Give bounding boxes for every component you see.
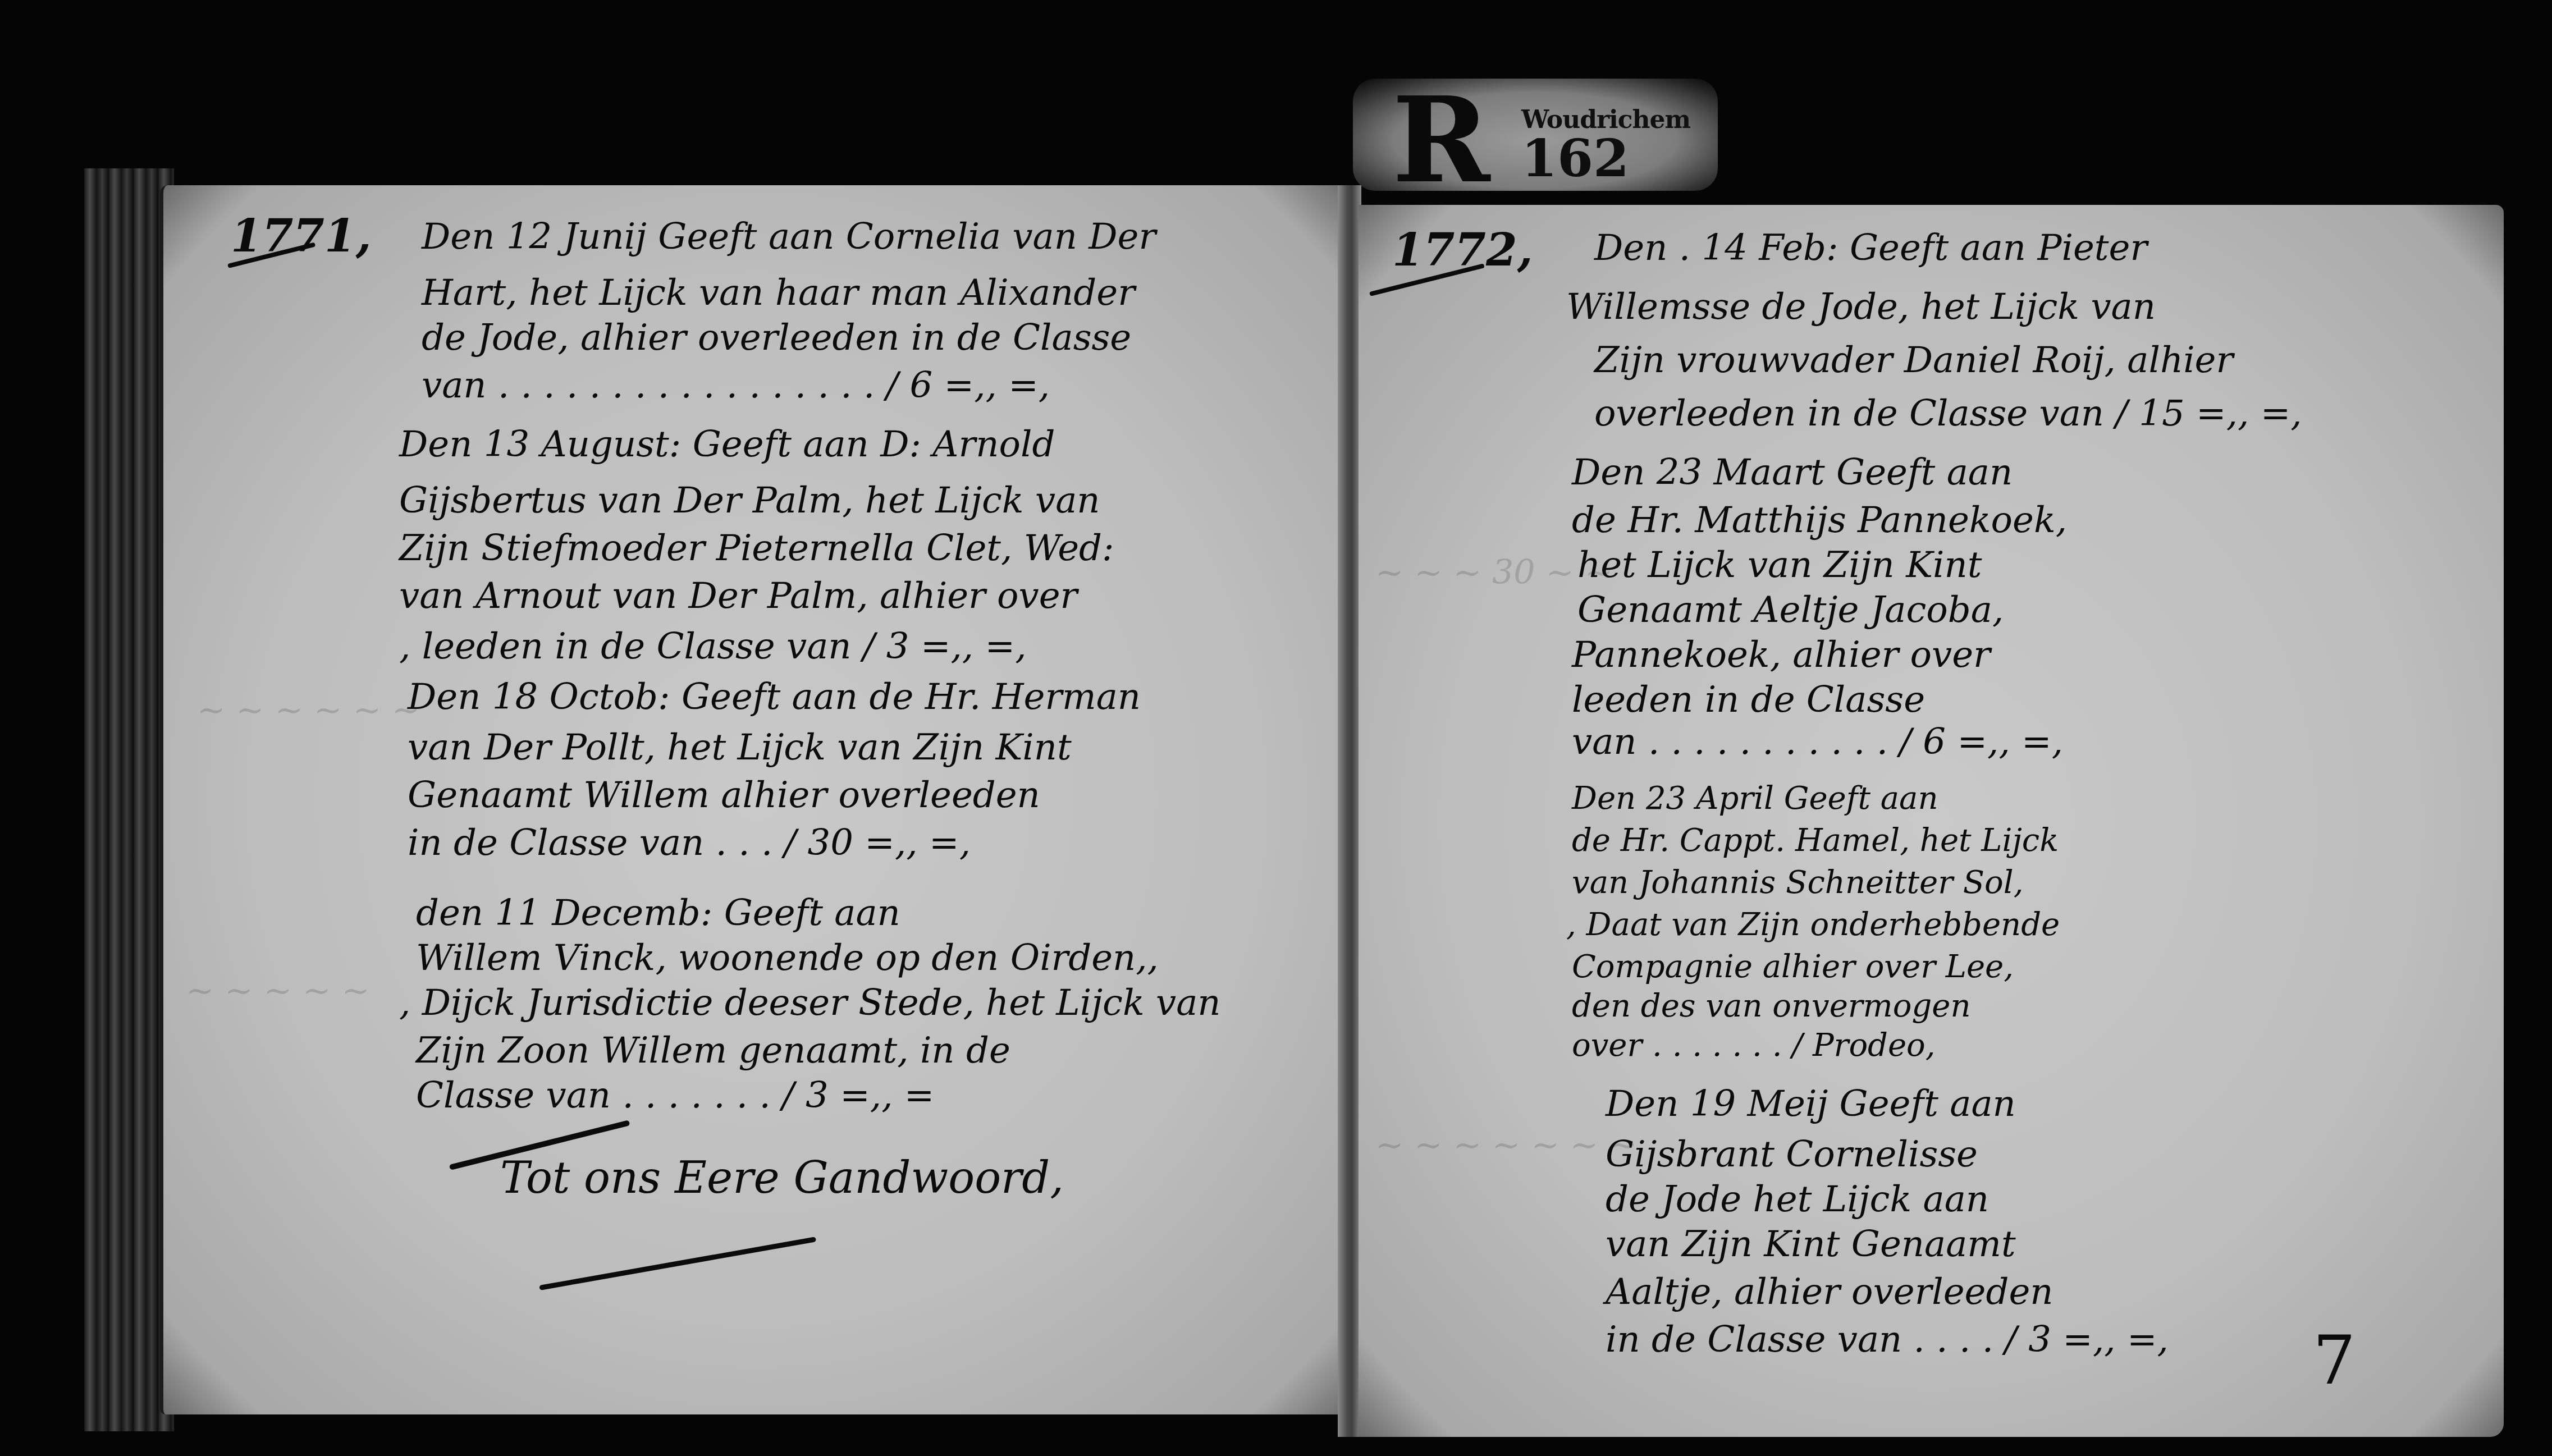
entry-line: , Daat van Zijn onderhebbende <box>1566 909 2060 941</box>
entry-line: het Lijck van Zijn Kint <box>1577 547 1982 583</box>
entry-line: Genaamt Willem alhier overleeden <box>408 777 1040 813</box>
entry-line: Gijsbertus van Der Palm, het Lijck van <box>399 483 1100 519</box>
entry-line: over . . . . . . . / Prodeo, <box>1572 1030 1936 1061</box>
left-page: ~ ~ ~ ~ ~ ~ ~ ~ ~ ~ ~ 1771, Den 12 Junij… <box>160 185 1351 1414</box>
entry-line: in de Classe van . . . . / 3 =,, =, <box>1606 1322 2169 1358</box>
right-page: ~ ~ ~ 30 ~ ~ ~ ~ ~ ~ ~ ~ ~ 1772, Den . 1… <box>1359 205 2504 1437</box>
entry-line: den des van onvermogen <box>1572 991 1970 1022</box>
signature-flourish <box>539 1237 816 1290</box>
year-heading: 1771, <box>231 213 372 258</box>
closing-signature: Tot ons Eere Gandwoord, <box>500 1156 1064 1200</box>
entry-line: Willemsse de Jode, het Lijck van <box>1566 289 2156 325</box>
folio-number: 7 <box>2313 1327 2356 1395</box>
entry-line: , Dijck Jurisdictie deeser Stede, het Li… <box>399 985 1221 1021</box>
entry-line: , leeden in de Classe van / 3 =,, =, <box>399 629 1027 665</box>
entry-line: van Johannis Schneitter Sol, <box>1572 867 2024 899</box>
entry-line: den 11 Decemb: Geeft aan <box>416 895 900 931</box>
entry-line: Classe van . . . . . . . / 3 =,, = <box>416 1078 934 1114</box>
entry-line: leeden in de Classe <box>1572 682 1925 718</box>
entry-line: Zijn Stiefmoeder Pieternella Clet, Wed: <box>399 530 1114 566</box>
entry-line: de Hr. Matthijs Pannekoek, <box>1572 502 2067 538</box>
entry-line: Den 12 Junij Geeft aan Cornelia van Der <box>422 219 1156 255</box>
book-gutter <box>1338 185 1361 1437</box>
entry-line: Den 18 Octob: Geeft aan de Hr. Herman <box>408 679 1141 715</box>
entry-line: overleeden in de Classe van / 15 =,, =, <box>1594 396 2302 432</box>
entry-line: Zijn Zoon Willem genaamt, in de <box>416 1033 1010 1069</box>
entry-line: van Der Pollt, het Lijck van Zijn Kint <box>408 730 1072 766</box>
entry-line: Aaltje, alhier overleeden <box>1606 1274 2054 1310</box>
entry-line: van . . . . . . . . . . . / 6 =,, =, <box>1572 724 2063 760</box>
entry-line: Compagnie alhier over Lee, <box>1572 951 2014 983</box>
archive-label-number: 162 <box>1521 130 1629 186</box>
bleed-through-text: ~ ~ ~ ~ ~ ~ ~ <box>1375 1125 1637 1165</box>
entry-line: in de Classe van . . . / 30 =,, =, <box>408 825 971 861</box>
entry-line: Den 19 Meij Geeft aan <box>1606 1086 2016 1122</box>
year-heading: 1772, <box>1392 227 1533 272</box>
entry-line: van Zijn Kint Genaamt <box>1606 1226 2016 1262</box>
entry-line: de Hr. Cappt. Hamel, het Lijck <box>1572 825 2059 857</box>
entry-line: Willem Vinck, woonende op den Oirden,, <box>416 940 1159 976</box>
bleed-through-text: ~ ~ ~ ~ ~ ~ <box>197 690 420 730</box>
entry-line: Hart, het Lijck van haar man Alixander <box>422 275 1135 311</box>
entry-line: Gijsbrant Cornelisse <box>1606 1137 1978 1173</box>
entry-line: Genaamt Aeltje Jacoba, <box>1577 592 2004 628</box>
entry-line: Pannekoek, alhier over <box>1572 637 1991 673</box>
entry-line: Zijn vrouwvader Daniel Roij, alhier <box>1594 342 2233 378</box>
entry-line: Den 23 April Geeft aan <box>1572 783 1938 814</box>
entry-line: van . . . . . . . . . . . . . . . . . / … <box>422 368 1050 404</box>
entry-line: Den 13 August: Geeft aan D: Arnold <box>399 427 1055 463</box>
archive-label: R Woudrichem 162 <box>1353 79 1718 191</box>
entry-line: van Arnout van Der Palm, alhier over <box>399 578 1077 614</box>
entry-line: Den 23 Maart Geeft aan <box>1572 455 2013 491</box>
entry-line: Den . 14 Feb: Geeft aan Pieter <box>1594 230 2147 266</box>
archive-label-letter: R <box>1392 84 1490 196</box>
bleed-through-text: ~ ~ ~ ~ ~ <box>186 971 370 1010</box>
entry-line: de Jode, alhier overleeden in de Classe <box>422 320 1131 356</box>
entry-line: de Jode het Lijck aan <box>1606 1182 1989 1217</box>
